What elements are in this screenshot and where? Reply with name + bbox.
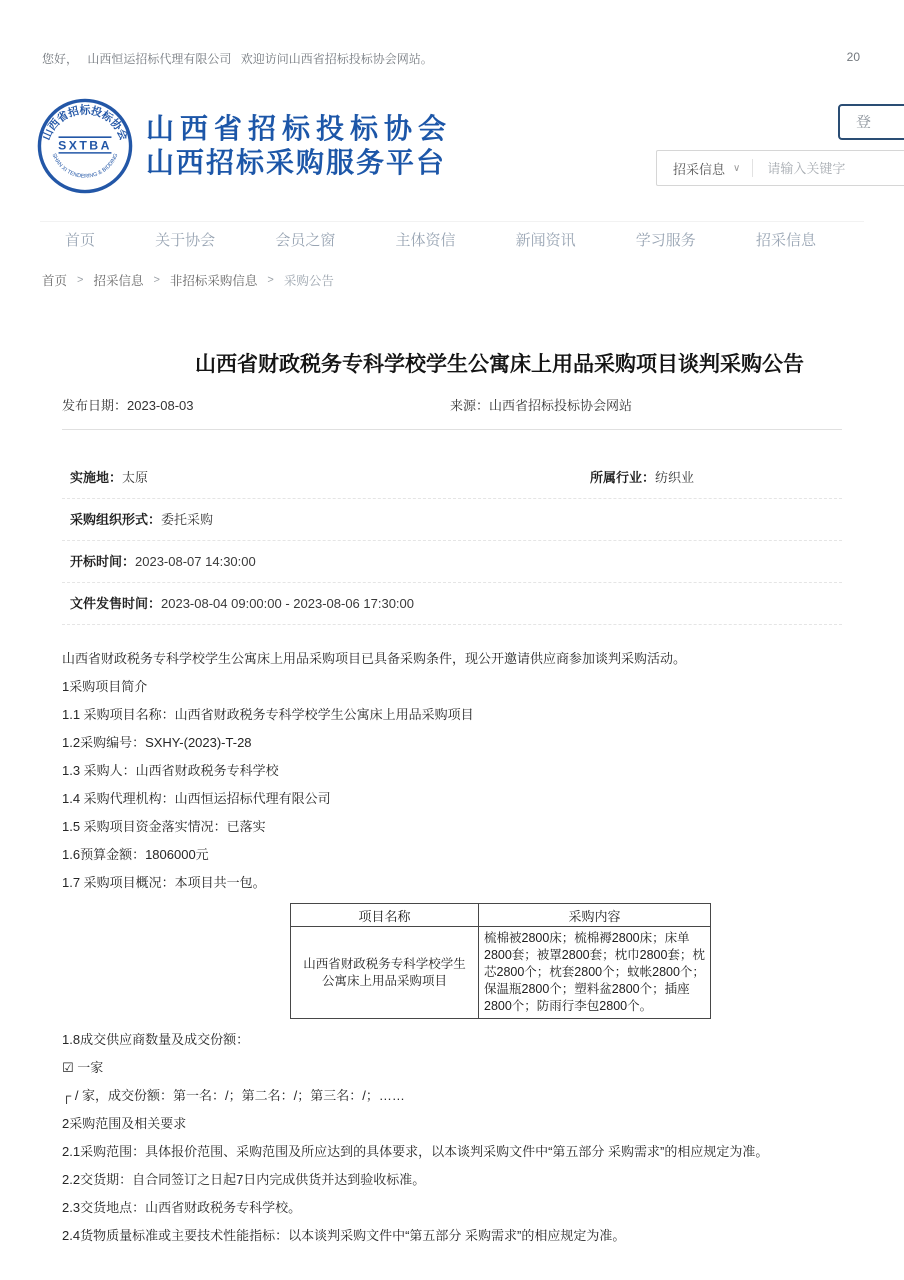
table-header-project-name: 项目名称 bbox=[291, 904, 479, 927]
nav-item-about[interactable]: 关于协会 bbox=[155, 229, 215, 250]
paragraph: 1.2采购编号：SXHY-(2023)-T-28 bbox=[62, 735, 842, 750]
publish-date-label: 发布日期： bbox=[62, 398, 127, 413]
paragraph: 2.3交货地点：山西省财政税务专科学校。 bbox=[62, 1200, 842, 1215]
paragraph: 1.8成交供应商数量及成交份额： bbox=[62, 1032, 842, 1047]
topbar-right-text: 20 bbox=[847, 50, 860, 67]
greeting-text: 您好， bbox=[42, 52, 78, 66]
paragraph: 1.4 采购代理机构：山西恒运招标代理有限公司 bbox=[62, 791, 842, 806]
paragraph: ┌ / 家，成交份额：第一名：/；第二名：/；第三名：/；…… bbox=[62, 1088, 842, 1103]
seal-center-text: SXTBA bbox=[58, 138, 112, 152]
main-nav: 首页 关于协会 会员之窗 主体资信 新闻资讯 学习服务 招采信息 bbox=[40, 221, 864, 257]
paragraph: 2.4货物质量标准或主要技术性能指标：以本谈判采购文件中“第五部分 采购需求”的… bbox=[62, 1228, 842, 1243]
breadcrumb-separator-icon: > bbox=[267, 274, 273, 286]
login-button[interactable]: 登 bbox=[838, 104, 904, 140]
nav-item-news[interactable]: 新闻资讯 bbox=[516, 229, 576, 250]
meta-divider bbox=[62, 429, 842, 430]
industry-value: 纺织业 bbox=[655, 470, 694, 485]
announcement-article: 山西省财政税务专科学校学生公寓床上用品采购项目谈判采购公告 发布日期：2023-… bbox=[40, 312, 864, 1256]
info-row-org-form: 采购组织形式：委托采购 bbox=[62, 499, 842, 541]
paragraph: ☑ 一家 bbox=[62, 1060, 842, 1075]
nav-item-tendering-info[interactable]: 招采信息 bbox=[756, 229, 816, 250]
brand-line1: 山西省招标投标协会 bbox=[146, 112, 452, 146]
info-row-location: 实施地：太原 所属行业：纺织业 bbox=[62, 457, 842, 499]
breadcrumb-tendering-info[interactable]: 招采信息 bbox=[93, 271, 143, 289]
industry-field: 所属行业：纺织业 bbox=[590, 457, 694, 499]
procurement-table-wrapper: 项目名称 采购内容 山西省财政税务专科学校学生公寓床上用品采购项目 梳棉被280… bbox=[290, 903, 842, 1019]
breadcrumb-non-bidding-info[interactable]: 非招标采购信息 bbox=[170, 271, 258, 289]
nav-item-learning[interactable]: 学习服务 bbox=[636, 229, 696, 250]
article-meta: 发布日期：2023-08-03 来源：山西省招标投标协会网站 bbox=[40, 395, 864, 413]
breadcrumb: 首页 > 招采信息 > 非招标采购信息 > 采购公告 bbox=[42, 271, 344, 289]
breadcrumb-home[interactable]: 首页 bbox=[42, 271, 67, 289]
paragraph: 1.5 采购项目资金落实情况：已落实 bbox=[62, 819, 842, 834]
source-label: 来源： bbox=[450, 398, 489, 413]
paragraph: 1.7 采购项目概况：本项目共一包。 bbox=[62, 875, 842, 890]
nav-item-credit[interactable]: 主体资信 bbox=[395, 229, 455, 250]
info-row-open-time: 开标时间：2023-08-07 14:30:00 bbox=[62, 541, 842, 583]
source-value: 山西省招标投标协会网站 bbox=[489, 398, 632, 413]
table-row: 山西省财政税务专科学校学生公寓床上用品采购项目 梳棉被2800床；梳棉褥2800… bbox=[291, 927, 711, 1019]
breadcrumb-separator-icon: > bbox=[77, 274, 83, 286]
table-cell-procurement-content: 梳棉被2800床；梳棉褥2800床；床单2800套；被罩2800套；枕巾2800… bbox=[479, 927, 711, 1019]
table-cell-project-name: 山西省财政税务专科学校学生公寓床上用品采购项目 bbox=[291, 927, 479, 1019]
chevron-down-icon[interactable]: ∨ bbox=[733, 163, 740, 174]
welcome-message: 您好， 山西恒运招标代理有限公司 欢迎访问山西省招标投标协会网站。 bbox=[42, 50, 439, 67]
industry-label: 所属行业： bbox=[590, 470, 655, 485]
paragraph: 2采购范围及相关要求 bbox=[62, 1116, 842, 1131]
paragraph: 1.3 采购人：山西省财政税务专科学校 bbox=[62, 763, 842, 778]
article-body: 山西省财政税务专科学校学生公寓床上用品采购项目已具备采购条件，现公开邀请供应商参… bbox=[62, 651, 842, 1243]
search-category-dropdown[interactable]: 招采信息 bbox=[657, 159, 733, 178]
brand-line2: 山西招标采购服务平台 bbox=[146, 146, 452, 180]
table-header-row: 项目名称 采购内容 bbox=[291, 904, 711, 927]
paragraph: 1采购项目简介 bbox=[62, 679, 842, 694]
table-header-procurement-content: 采购内容 bbox=[479, 904, 711, 927]
open-time-label: 开标时间： bbox=[70, 554, 135, 569]
welcome-text: 欢迎访问山西省招标投标协会网站。 bbox=[241, 52, 433, 66]
info-row-doc-sale-time: 文件发售时间：2023-08-04 09:00:00 - 2023-08-06 … bbox=[62, 583, 842, 625]
source-field: 来源：山西省招标投标协会网站 bbox=[450, 395, 632, 414]
paragraph: 2.2交货期：自合同签订之日起7日内完成供货并达到验收标准。 bbox=[62, 1172, 842, 1187]
doc-sale-time-value: 2023-08-04 09:00:00 - 2023-08-06 17:30:0… bbox=[161, 596, 414, 611]
location-label: 实施地： bbox=[70, 470, 122, 485]
procurement-table: 项目名称 采购内容 山西省财政税务专科学校学生公寓床上用品采购项目 梳棉被280… bbox=[290, 903, 711, 1019]
publish-date: 2023-08-03 bbox=[127, 398, 194, 413]
paragraph: 2.1采购范围：具体报价范围、采购范围及所应达到的具体要求，以本谈判采购文件中“… bbox=[62, 1144, 842, 1159]
nav-item-home[interactable]: 首页 bbox=[65, 229, 95, 250]
org-form-value: 委托采购 bbox=[161, 512, 213, 527]
org-form-label: 采购组织形式： bbox=[70, 512, 161, 527]
association-seal-logo: 山西省招标投标协会 SXTBA SHAN XI TENDERING & BIDD… bbox=[36, 97, 134, 195]
top-utility-bar: 您好， 山西恒运招标代理有限公司 欢迎访问山西省招标投标协会网站。 20 bbox=[42, 50, 860, 67]
paragraph: 1.1 采购项目名称：山西省财政税务专科学校学生公寓床上用品采购项目 bbox=[62, 707, 842, 722]
page-title: 山西省财政税务专科学校学生公寓床上用品采购项目谈判采购公告 bbox=[135, 348, 864, 378]
paragraph: 1.6预算金额：1806000元 bbox=[62, 847, 842, 862]
open-time-value: 2023-08-07 14:30:00 bbox=[135, 554, 256, 569]
breadcrumb-current-page: 采购公告 bbox=[284, 271, 334, 289]
info-section: 实施地：太原 所属行业：纺织业 采购组织形式：委托采购 开标时间：2023-08… bbox=[62, 457, 842, 625]
site-brand-title: 山西省招标投标协会 山西招标采购服务平台 bbox=[146, 112, 452, 180]
search-input[interactable] bbox=[753, 161, 893, 176]
doc-sale-time-label: 文件发售时间： bbox=[70, 596, 161, 611]
site-header: 山西省招标投标协会 SXTBA SHAN XI TENDERING & BIDD… bbox=[36, 97, 452, 195]
company-name: 山西恒运招标代理有限公司 bbox=[87, 52, 231, 66]
search-bar: 招采信息 ∨ bbox=[656, 150, 904, 186]
nav-item-members[interactable]: 会员之窗 bbox=[275, 229, 335, 250]
breadcrumb-separator-icon: > bbox=[153, 274, 159, 286]
paragraph: 山西省财政税务专科学校学生公寓床上用品采购项目已具备采购条件，现公开邀请供应商参… bbox=[62, 651, 842, 666]
location-value: 太原 bbox=[122, 470, 148, 485]
